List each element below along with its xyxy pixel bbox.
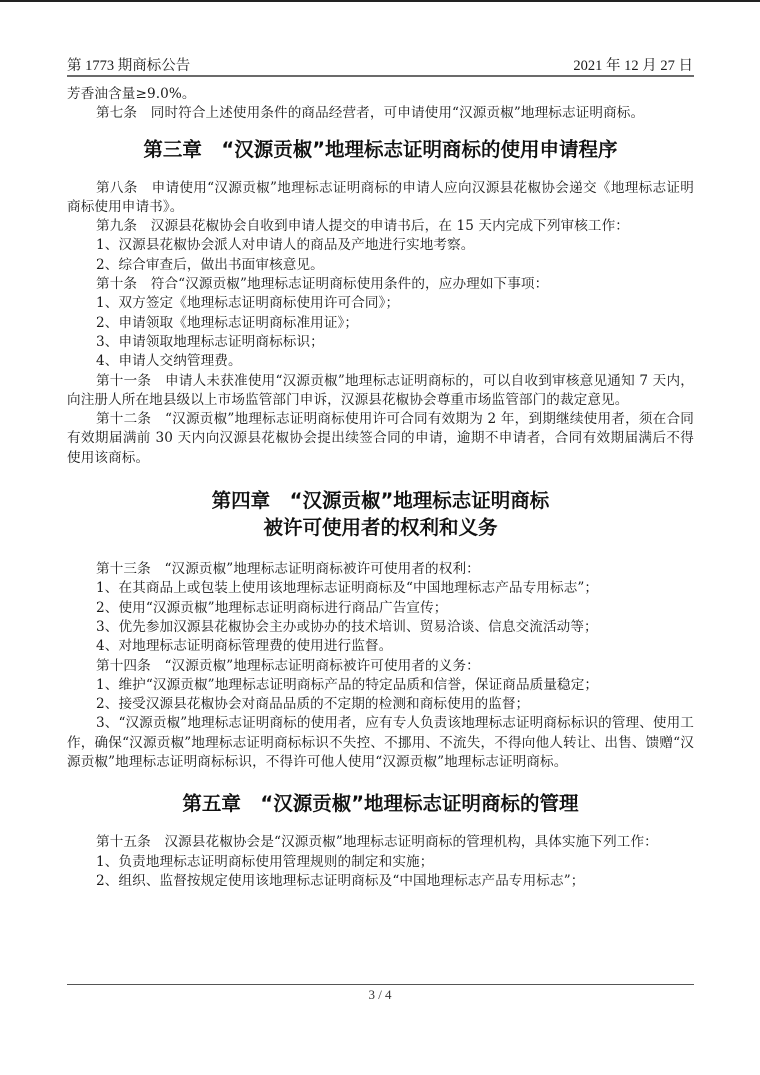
chapter-title-line: 第四章 “汉源贡椒”地理标志证明商标: [67, 487, 694, 514]
list-item: 3、优先参加汉源县花椒协会主办或协办的技术培训、贸易洽谈、信息交流活动等；: [67, 618, 694, 637]
list-item: 4、申请人交纳管理费。: [67, 352, 694, 371]
list-item: 2、使用“汉源贡椒”地理标志证明商标进行商品广告宣传；: [67, 599, 694, 618]
chapter-title-line: 第三章 “汉源贡椒”地理标志证明商标的使用申请程序: [67, 136, 694, 163]
list-item: 4、对地理标志证明商标管理费的使用进行监督。: [67, 637, 694, 656]
chapter-title-line: 被许可使用者的权利和义务: [67, 514, 694, 541]
article-7: 第七条 同时符合上述使用条件的商品经营者，可申请使用“汉源贡椒”地理标志证明商标…: [67, 104, 694, 123]
list-item: 1、负责地理标志证明商标使用管理规则的制定和实施；: [67, 853, 694, 872]
list-item: 1、维护“汉源贡椒”地理标志证明商标产品的特定品质和信誉，保证商品质量稳定；: [67, 676, 694, 695]
page-header: 第 1773 期商标公告 2021 年 12 月 27 日: [67, 51, 693, 73]
article-9: 第九条 汉源县花椒协会自收到申请人提交的申请书后，在 15 天内完成下列审核工作…: [67, 217, 694, 236]
paragraph: 芳香油含量≥9.0%。: [67, 85, 694, 104]
document-body: 芳香油含量≥9.0%。 第七条 同时符合上述使用条件的商品经营者，可申请使用“汉…: [67, 85, 694, 891]
list-item: 1、在其商品上或包装上使用该地理标志证明商标及“中国地理标志产品专用标志”；: [67, 579, 694, 598]
chapter-5-title: 第五章 “汉源贡椒”地理标志证明商标的管理: [67, 790, 694, 817]
date-label: 2021 年 12 月 27 日: [573, 54, 693, 75]
article-10: 第十条 符合“汉源贡椒”地理标志证明商标使用条件的，应办理如下事项：: [67, 275, 694, 294]
list-item: 2、组织、监督按规定使用该地理标志证明商标及“中国地理标志产品专用标志”；: [67, 872, 694, 891]
issue-label: 第 1773 期商标公告: [67, 54, 190, 75]
chapter-4-title: 第四章 “汉源贡椒”地理标志证明商标 被许可使用者的权利和义务: [67, 487, 694, 541]
list-item: 2、申请领取《地理标志证明商标准用证》；: [67, 314, 694, 333]
list-item: 3、申请领取地理标志证明商标标识；: [67, 333, 694, 352]
top-border: [0, 0, 760, 2]
chapter-3-title: 第三章 “汉源贡椒”地理标志证明商标的使用申请程序: [67, 136, 694, 163]
article-8: 第八条 申请使用“汉源贡椒”地理标志证明商标的申请人应向汉源县花椒协会递交《地理…: [67, 179, 694, 218]
page-number: 3 / 4: [0, 987, 760, 1003]
article-13: 第十三条 “汉源贡椒”地理标志证明商标被许可使用者的权利：: [67, 560, 694, 579]
footer-divider: [67, 984, 694, 985]
list-item: 3、“汉源贡椒”地理标志证明商标的使用者，应有专人负责该地理标志证明商标标识的管…: [67, 714, 694, 772]
list-item: 1、汉源县花椒协会派人对申请人的商品及产地进行实地考察。: [67, 236, 694, 255]
article-15: 第十五条 汉源县花椒协会是“汉源贡椒”地理标志证明商标的管理机构，具体实施下列工…: [67, 833, 694, 852]
article-11: 第十一条 申请人未获准使用“汉源贡椒”地理标志证明商标的，可以自收到审核意见通知…: [67, 372, 694, 411]
article-12: 第十二条 “汉源贡椒”地理标志证明商标使用许可合同有效期为 2 年，到期继续使用…: [67, 410, 694, 468]
chapter-title-line: 第五章 “汉源贡椒”地理标志证明商标的管理: [67, 790, 694, 817]
header-divider: [67, 75, 694, 77]
list-item: 1、双方签定《地理标志证明商标使用许可合同》；: [67, 294, 694, 313]
list-item: 2、接受汉源县花椒协会对商品品质的不定期的检测和商标使用的监督；: [67, 695, 694, 714]
article-14: 第十四条 “汉源贡椒”地理标志证明商标被许可使用者的义务：: [67, 657, 694, 676]
list-item: 2、综合审查后，做出书面审核意见。: [67, 256, 694, 275]
